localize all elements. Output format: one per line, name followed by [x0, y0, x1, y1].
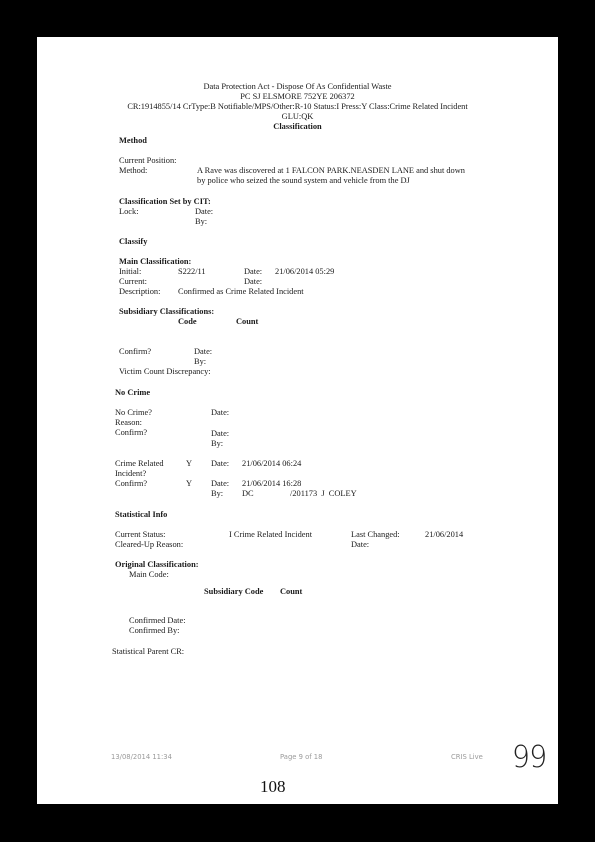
last-changed-label: Last Changed: — [351, 530, 400, 540]
cri-confirm-by-rank: DC — [242, 489, 254, 499]
no-crime-confirm-date-label: Date: — [211, 429, 229, 439]
statistical-parent-cr-label: Statistical Parent CR: — [112, 647, 184, 657]
no-crime-confirm-label: Confirm? — [115, 428, 147, 438]
no-crime-confirm-by-label: By: — [211, 439, 223, 449]
no-crime-heading: No Crime — [115, 388, 150, 398]
lock-label: Lock: — [119, 207, 139, 217]
method-text-line2: by police who seized the sound system an… — [197, 176, 410, 186]
current-status-label: Current Status: — [115, 530, 165, 540]
confirmed-date-label: Confirmed Date: — [129, 616, 186, 626]
classify-heading: Classify — [119, 237, 147, 247]
cit-heading: Classification Set by CIT: — [119, 197, 211, 207]
header-disclaimer: Data Protection Act - Dispose Of As Conf… — [37, 82, 558, 92]
original-classification-heading: Original Classification: — [115, 560, 199, 570]
method-heading: Method — [119, 136, 147, 146]
statistical-info-heading: Statistical Info — [115, 510, 167, 520]
bundle-page-number: 108 — [260, 778, 286, 796]
cri-confirm-by-label: By: — [211, 489, 223, 499]
handwritten-page-number: 99 — [512, 743, 546, 773]
cri-confirm-date-value: 21/06/2014 16:28 — [242, 479, 301, 489]
header-officer: PC SJ ELSMORE 752YE 206372 — [37, 92, 558, 102]
initial-label: Initial: — [119, 267, 141, 277]
current-position-label: Current Position: — [119, 156, 176, 166]
original-count-header: Count — [280, 587, 302, 597]
description-label: Description: — [119, 287, 160, 297]
initial-date-label: Date: — [244, 267, 262, 277]
initial-date-value: 21/06/2014 05:29 — [275, 267, 334, 277]
current-date-label: Date: — [244, 277, 262, 287]
subsidiary-count-header: Count — [236, 317, 258, 327]
current-label: Current: — [119, 277, 147, 287]
no-crime-label: No Crime? — [115, 408, 152, 418]
cri-value: Y — [186, 459, 192, 469]
method-label: Method: — [119, 166, 147, 176]
subsidiary-code-header: Subsidiary Code — [204, 587, 263, 597]
victim-count-label: Victim Count Discrepancy: — [119, 367, 211, 377]
cri-confirm-date-label: Date: — [211, 479, 229, 489]
subsidiary-by-label: By: — [194, 357, 206, 367]
main-classification-heading: Main Classification: — [119, 257, 191, 267]
current-status-value: I Crime Related Incident — [229, 530, 312, 540]
description-value: Confirmed as Crime Related Incident — [178, 287, 304, 297]
cri-confirm-by-value: /201173 J COLEY — [290, 489, 357, 499]
page-number: Page 9 of 18 — [280, 752, 322, 762]
confirmed-by-label: Confirmed By: — [129, 626, 179, 636]
cit-date-label: Date: — [195, 207, 213, 217]
print-timestamp: 13/08/2014 11:34 — [111, 752, 172, 762]
cri-label-line2: Incident? — [115, 469, 146, 479]
subsidiary-code-header: Code — [178, 317, 197, 327]
no-crime-date-label: Date: — [211, 408, 229, 418]
reason-label: Reason: — [115, 418, 142, 428]
header-crime-reference: CR:1914855/14 CrType:B Notifiable/MPS/Ot… — [37, 102, 558, 112]
main-code-label: Main Code: — [129, 570, 169, 580]
system-name: CRIS Live — [451, 752, 483, 762]
cri-confirm-label: Confirm? — [115, 479, 147, 489]
cit-by-label: By: — [195, 217, 207, 227]
header-glu: GLU:QK — [37, 112, 558, 122]
method-text-line1: A Rave was discovered at 1 FALCON PARK.N… — [197, 166, 465, 176]
page-title: Classification — [37, 122, 558, 132]
subsidiary-heading: Subsidiary Classifications: — [119, 307, 214, 317]
document-page: Data Protection Act - Dispose Of As Conf… — [37, 37, 558, 804]
initial-value: S222/11 — [178, 267, 206, 277]
cri-date-label: Date: — [211, 459, 229, 469]
cleared-up-date-label: Date: — [351, 540, 369, 550]
subsidiary-confirm-label: Confirm? — [119, 347, 151, 357]
last-changed-value: 21/06/2014 — [425, 530, 463, 540]
cleared-up-reason-label: Cleared-Up Reason: — [115, 540, 183, 550]
cri-label-line1: Crime Related — [115, 459, 164, 469]
cri-date-value: 21/06/2014 06:24 — [242, 459, 301, 469]
cri-confirm-value: Y — [186, 479, 192, 489]
subsidiary-date-label: Date: — [194, 347, 212, 357]
